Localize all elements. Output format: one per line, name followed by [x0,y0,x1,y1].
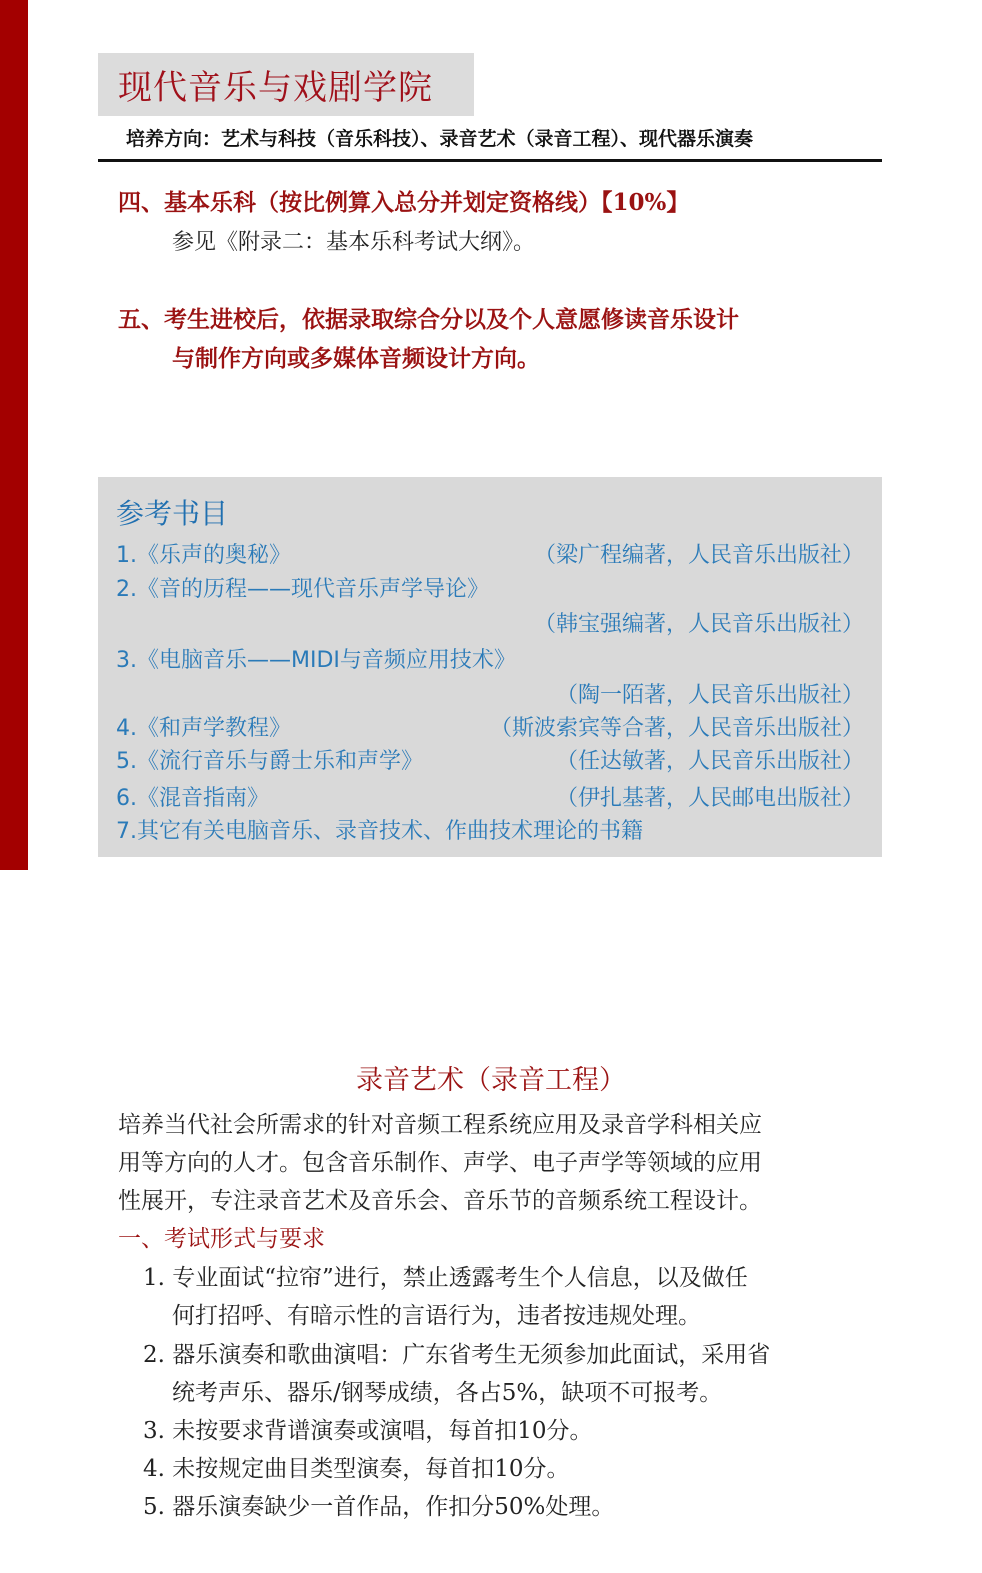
header-divider [98,159,882,162]
recording-intro-line-1: 培养当代社会所需求的针对音频工程系统应用及录音学科相关应 [118,1106,762,1139]
reference-item-7-title: 7.其它有关电脑音乐、录音技术、作曲技术理论的书籍 [116,814,643,845]
reference-item-1-title: 1.《乐声的奥秘》 [116,538,291,569]
section-5-line-2: 与制作方向或多媒体音频设计方向。 [172,340,540,373]
reference-item-1-author: （梁广程编著，人民音乐出版社） [534,538,864,569]
reference-item-6-author: （伊扎基著，人民邮电出版社） [556,781,864,812]
recording-section-title: 录音艺术（录音工程） [0,1058,982,1097]
reference-item-5-author: （任达敏著，人民音乐出版社） [556,744,864,775]
rule-2-line-1: 2. 器乐演奏和歌曲演唱：广东省考生无须参加此面试，采用省 [143,1336,770,1369]
recording-intro-line-2: 用等方向的人才。包含音乐制作、声学、电子声学等领域的应用 [118,1144,762,1177]
recording-intro-line-3: 性展开，专注录音艺术及音乐会、音乐节的音频系统工程设计。 [118,1182,762,1215]
reference-item-2-title: 2.《音的历程——现代音乐声学导论》 [116,572,489,603]
reference-item-2-author: （韩宝强编著，人民音乐出版社） [534,607,864,638]
side-accent-bar [0,0,28,870]
rule-2-line-2: 统考声乐、器乐/钢琴成绩，各占5%，缺项不可报考。 [172,1374,722,1407]
page-subtitle: 培养方向：艺术与科技（音乐科技）、录音艺术（录音工程）、现代器乐演奏 [126,124,753,151]
reference-item-3-title: 3.《电脑音乐——MIDI与音频应用技术》 [116,643,516,674]
rule-5: 5. 器乐演奏缺少一首作品，作扣分50%处理。 [143,1488,614,1521]
rule-1-line-2: 何打招呼、有暗示性的言语行为，违者按违规处理。 [172,1297,701,1330]
reference-item-6-title: 6.《混音指南》 [116,781,269,812]
rule-4: 4. 未按规定曲目类型演奏，每首扣10分。 [143,1450,570,1483]
reference-item-4-author: （斯波索宾等合著，人民音乐出版社） [490,711,864,742]
section-4-heading: 四、基本乐科（按比例算入总分并划定资格线）【10%】 [118,184,689,217]
exam-format-heading: 一、考试形式与要求 [118,1220,325,1253]
rule-1-line-1: 1. 专业面试“拉帘”进行，禁止透露考生个人信息，以及做任 [143,1259,748,1292]
reference-item-3-author: （陶一陌著，人民音乐出版社） [556,678,864,709]
references-title: 参考书目 [116,492,228,532]
section-4-text: 参见《附录二：基本乐科考试大纲》。 [172,225,535,256]
page-title: 现代音乐与戏剧学院 [118,60,433,109]
rule-3: 3. 未按要求背谱演奏或演唱，每首扣10分。 [143,1412,593,1445]
reference-item-4-title: 4.《和声学教程》 [116,711,291,742]
section-5-line-1: 五、考生进校后，依据录取综合分以及个人意愿修读音乐设计 [118,301,739,334]
reference-item-5-title: 5.《流行音乐与爵士乐和声学》 [116,744,423,775]
